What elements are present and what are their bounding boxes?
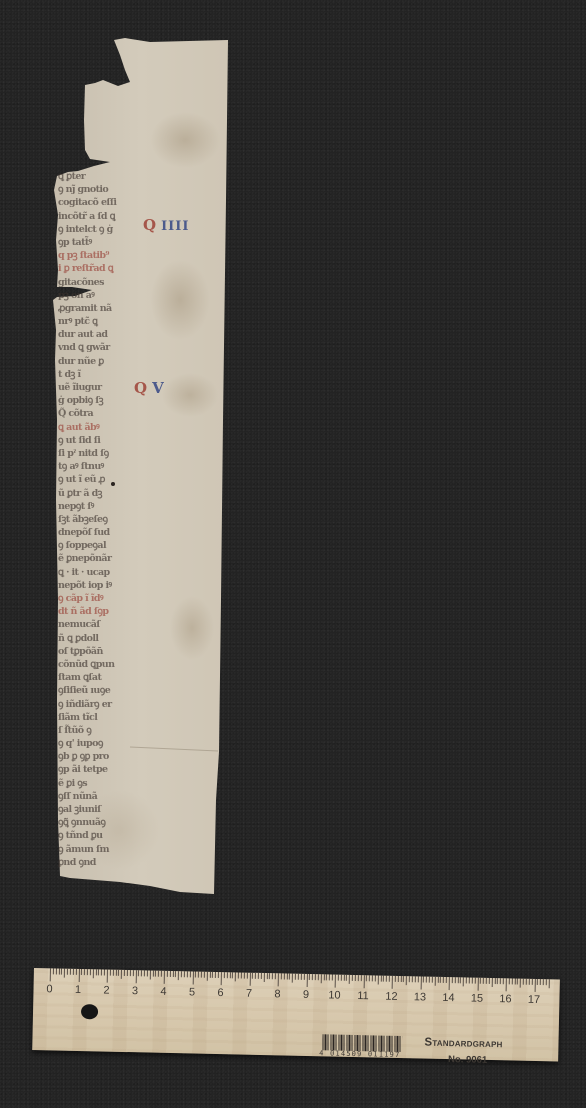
ruler-tick (93, 969, 94, 978)
manuscript-text-line: cõnũd ꝗpun (58, 658, 138, 671)
ruler-tick (360, 975, 361, 981)
ruler-tick (389, 976, 390, 982)
manuscript-text-line: oſ tꝑpõãn̄ (58, 645, 138, 658)
ruler-tick (246, 973, 247, 979)
manuscript-text-line: q pꝫ ſtatib⁹ (58, 249, 138, 262)
ruler-tick (466, 977, 467, 983)
manuscript-text-line: ꝯſſ nũnã (58, 790, 138, 803)
ruler-cm-label: 0 (46, 983, 52, 995)
ruler-tick (412, 976, 413, 982)
manuscript-text-line: nepꝯt ſꝰ (58, 500, 138, 513)
ruler-tick (312, 974, 313, 980)
running-head-q4: QIIII (143, 216, 189, 234)
ruler-tick (377, 975, 378, 984)
manuscript-text-line: ꝗ ꝑter (58, 170, 138, 183)
ruler-tick (329, 974, 330, 980)
ruler-tick (363, 975, 364, 988)
ruler-tick (152, 971, 153, 977)
manuscript-text-line: gitacõnes (58, 276, 138, 289)
manuscript-text-line: nrꝰ ptc̃ ꝗ (58, 315, 138, 328)
ruler-tick (292, 974, 293, 983)
ruler-tick (301, 974, 302, 980)
ruler-tick (323, 974, 324, 980)
manuscript-text-line: ꝯꝗ̃ ꝯnnuãꝯ (58, 816, 138, 829)
ruler-tick (514, 978, 515, 984)
ruler-tick (235, 972, 236, 981)
ruler-tick (118, 970, 119, 976)
manuscript-text-line: i ꝑ reſtr̃ad ꝗ (58, 262, 138, 275)
ruler-tick (175, 971, 176, 977)
ruler-model: No. 9061 (448, 1054, 487, 1066)
ruler-tick (483, 978, 484, 984)
ruler-tick (61, 969, 62, 975)
ruler-tick (121, 970, 122, 979)
ruler-tick (75, 969, 76, 975)
ruler-tick (150, 971, 151, 980)
ruler-tick (90, 969, 91, 975)
ruler-tick (469, 977, 470, 983)
ruler-tick (255, 973, 256, 979)
ruler-tick (124, 970, 125, 976)
manuscript-text-line: ꝗ · it · ucap (58, 566, 138, 579)
ruler-tick (395, 976, 396, 982)
ruler-tick (283, 973, 284, 979)
ruler-tick (281, 973, 282, 979)
ruler-cm-label: 12 (385, 991, 398, 1003)
ruler-tick (107, 970, 108, 983)
manuscript-text-line: nemucãſ (58, 618, 138, 631)
ruler-tick (241, 973, 242, 979)
manuscript-text-line: dnepõſ ſud (58, 526, 138, 539)
ruler-tick (460, 977, 461, 983)
running-head-q5: QV (134, 379, 165, 397)
manuscript-text-line: ꝯſiſieũ ıuꝯe (58, 684, 138, 697)
ruler-hang-hole (81, 1004, 98, 1019)
ruler-tick (426, 977, 427, 983)
manuscript-text-line: ꝗ aut ãbꝰ (58, 421, 138, 434)
manuscript-text-line: ũ ꝑtr ã dꝫ (58, 487, 138, 500)
ruler-cm-label: 6 (217, 987, 223, 999)
running-head-numeral: IIII (161, 219, 189, 234)
ruler-tick (531, 979, 532, 985)
manuscript-text-line: nepõt iop iꝰ (58, 579, 138, 592)
ruler-tick (132, 970, 133, 976)
ruler-tick (198, 972, 199, 978)
ruler-tick (58, 969, 59, 975)
ruler-tick (127, 970, 128, 976)
ruler-tick (289, 974, 290, 980)
ruler-tick (349, 975, 350, 984)
ruler-tick (540, 979, 541, 985)
ruler-tick (375, 975, 376, 981)
ruler-tick (101, 969, 102, 975)
ruler-tick (224, 972, 225, 978)
ruler-tick (409, 976, 410, 982)
manuscript-text-line: ſtam ꝗſat (58, 671, 138, 684)
ruler-tick (178, 971, 179, 980)
ruler-tick (115, 970, 116, 976)
ruler-tick (298, 974, 299, 980)
ruler-tick (130, 970, 131, 976)
manuscript-text-line: ꝓgramit nã (58, 302, 138, 315)
ruler-tick (218, 972, 219, 978)
manuscript-text-line: ꝯ iñdiãrꝯ er (58, 698, 138, 711)
ruler-tick (511, 978, 512, 984)
manuscript-text-line: incõtr̃ a ſd ꝗ (58, 210, 138, 223)
ruler-tick (486, 978, 487, 984)
ruler-tick (50, 968, 51, 981)
ruler-tick (529, 979, 530, 985)
manuscript-text-line: vnd ꝗ gwãr (58, 341, 138, 354)
manuscript-text-line: ſꝫt ãbꝫeſeꝯ (58, 513, 138, 526)
manuscript-text-line: dt ñ ãd ſꝯp (58, 605, 138, 618)
ruler-tick (400, 976, 401, 982)
ruler-tick (64, 969, 65, 978)
ruler-tick (303, 974, 304, 980)
ruler-tick (392, 976, 393, 989)
ruler-tick (309, 974, 310, 980)
ruler-tick (295, 974, 296, 980)
ruler-tick (181, 971, 182, 977)
ruler-tick (503, 978, 504, 984)
ruler-tick (263, 973, 264, 982)
ruler-tick (386, 976, 387, 982)
manuscript-text-line: t dꝫ ĩ (58, 368, 138, 381)
ruler-cm-label: 8 (274, 988, 280, 1000)
ruler-cm-label: 7 (246, 988, 252, 1000)
ruler-tick (472, 978, 473, 984)
ruler-tick (318, 974, 319, 980)
ruler-tick (258, 973, 259, 979)
ruler-cm-label: 10 (328, 989, 341, 1001)
ruler-tick (249, 973, 250, 986)
ruler-tick (548, 979, 549, 988)
ruler-tick (215, 972, 216, 978)
ruler-tick (443, 977, 444, 983)
ruler-tick (189, 971, 190, 977)
manuscript-text-line: ſ ſ̃tũõ ꝯ (58, 724, 138, 737)
manuscript-text-line: ſi pˀ nitd ſꝯ (58, 447, 138, 460)
ruler-tick (446, 977, 447, 983)
ruler-tick (320, 974, 321, 983)
ruler-cm-label: 11 (357, 990, 369, 1002)
ruler-tick (221, 972, 222, 985)
ruler-tick (98, 969, 99, 975)
ruler-tick (335, 975, 336, 988)
manuscript-text-column: ꝗ ꝑterꝯ nj̃ gnotiocogitacõ eſſiincõtr̃ a… (58, 170, 138, 870)
ruler-tick (201, 972, 202, 978)
photo-scene: QIIII QV ꝗ ꝑterꝯ nj̃ gnotiocogitacõ eſſi… (0, 0, 586, 1108)
ruler-tick (269, 973, 270, 979)
manuscript-text-line: ꝯ cãp ĩ ĩdꝰ (58, 592, 138, 605)
ruler-tick (187, 971, 188, 977)
ruler-tick (67, 969, 68, 975)
ruler-tick (494, 978, 495, 984)
ruler-tick (506, 978, 507, 991)
ruler-cm-label: 17 (528, 994, 541, 1006)
manuscript-text-line: ꝯ ut ſid ſi (58, 434, 138, 447)
ruler-cm-label: 13 (414, 991, 427, 1003)
ruler-tick (474, 978, 475, 984)
ruler-tick (81, 969, 82, 975)
ruler-tick (534, 979, 535, 992)
manuscript-text-line: Q̃ cõtra (58, 407, 138, 420)
manuscript-text-line: dur aut ad (58, 328, 138, 341)
ruler-tick (147, 970, 148, 976)
ruler-tick (232, 972, 233, 978)
manuscript-text-line: ꝯ ut ĩ eũ ꝓ (58, 473, 138, 486)
ruler-tick (207, 972, 208, 981)
ruler-tick (138, 970, 139, 976)
ruler-tick (84, 969, 85, 975)
ruler-tick (500, 978, 501, 984)
ruler-tick (110, 970, 111, 976)
ruler-tick (454, 977, 455, 983)
ruler-tick (546, 979, 547, 985)
ruler-tick (158, 971, 159, 977)
ruler-cm-label: 9 (303, 989, 309, 1001)
ruler-tick (520, 979, 521, 988)
ruler-tick (227, 972, 228, 978)
ruler-tick (212, 972, 213, 978)
ruler-tick (332, 975, 333, 981)
ruler-brand: Standardgraph (424, 1037, 502, 1051)
manuscript-text-line: ꝯ intelct ꝯ ġ (58, 223, 138, 236)
ruler-tick (366, 975, 367, 981)
ruler-tick (95, 969, 96, 975)
ruler-cm-label: 14 (442, 992, 455, 1004)
ruler-tick (463, 977, 464, 986)
manuscript-text-line: tꝯ aꝰ ſtnuꝰ (58, 460, 138, 473)
ruler-tick (266, 973, 267, 979)
manuscript-text-line: ꝑnd ꝯnd (58, 856, 138, 869)
ruler-tick (78, 969, 79, 982)
ruler-tick (509, 978, 510, 984)
ruler-tick (429, 977, 430, 983)
ruler-tick (278, 973, 279, 986)
ruler-tick (340, 975, 341, 981)
running-head-q-letter: Q (143, 216, 157, 234)
ruler-tick (437, 977, 438, 983)
manuscript-text-line: cogitacõ eſſi (58, 196, 138, 209)
ruler-tick (141, 970, 142, 976)
manuscript-text-line: ꝯp ãi tetpe (58, 763, 138, 776)
ruler-tick (172, 971, 173, 977)
ruler-tick (252, 973, 253, 979)
ruler-tick (275, 973, 276, 979)
ruler-tick (523, 979, 524, 985)
ruler-tick (167, 971, 168, 977)
manuscript-text-line: ꝯ nj̃ gnotio (58, 183, 138, 196)
ruler-tick (440, 977, 441, 983)
parchment-fragment: QIIII QV ꝗ ꝑterꝯ nj̃ gnotiocogitacõ eſſi… (0, 0, 586, 1108)
manuscript-text-line: ꝯ ꝗſ (58, 869, 138, 870)
ruler-tick (420, 976, 421, 989)
ruler-tick (372, 975, 373, 981)
ruler-cm-label: 5 (189, 986, 195, 998)
ruler-tick (526, 979, 527, 985)
ruler-tick (192, 971, 193, 984)
ruler-tick (434, 977, 435, 986)
ruler-tick (480, 978, 481, 984)
ruler-tick (432, 977, 433, 983)
ruler-tick (286, 974, 287, 980)
ruler-tick (338, 975, 339, 981)
ruler-tick (144, 970, 145, 976)
ruler-tick (449, 977, 450, 990)
ruler-cm-label: 1 (75, 984, 81, 996)
manuscript-text-line: uẽ ĩiugur (58, 381, 138, 394)
ruler-tick (452, 977, 453, 983)
manuscript-text-line: ꝯ ſoppeꝯal (58, 539, 138, 552)
ruler-tick (417, 976, 418, 982)
manuscript-text-line: ꝯb ꝑ ꝯꝑ pro (58, 750, 138, 763)
ruler-tick (358, 975, 359, 981)
ruler-tick (104, 970, 105, 976)
ruler-cm-label: 4 (160, 986, 166, 998)
ruler-tick (70, 969, 71, 975)
ruler-tick (517, 979, 518, 985)
ruler-tick (423, 976, 424, 982)
ruler-tick (355, 975, 356, 981)
ruler-tick (491, 978, 492, 987)
ruler-tick (352, 975, 353, 981)
manuscript-text-line: ꝯp tatt̃ꝰ (58, 236, 138, 249)
ruler-tick (380, 976, 381, 982)
ruler-cm-label: 16 (499, 993, 512, 1005)
manuscript-text-line: pꝫ on aꝰ (58, 289, 138, 302)
manuscript-text-line: ꝯal ꝫiuniſ (58, 803, 138, 816)
ruler-tick (56, 968, 57, 974)
manuscript-text-line: ꝯ tñnd ꝑu (58, 829, 138, 842)
ruler-tick (272, 973, 273, 979)
ruler-tick (164, 971, 165, 984)
ruler-cm-label: 3 (132, 985, 138, 997)
ruler-cm-label: 2 (103, 985, 109, 997)
ruler-tick (155, 971, 156, 977)
manuscript-text-line: ẽ ꝑi ꝯs (58, 777, 138, 790)
ruler-tick (497, 978, 498, 984)
ruler-tick (135, 970, 136, 983)
ruler-tick (383, 976, 384, 982)
ruler-tick (73, 969, 74, 975)
manuscript-text-line: ꝯ q' iupoꝯ (58, 737, 138, 750)
ruler-tick (397, 976, 398, 982)
ruler-tick (457, 977, 458, 983)
ruler-tick (204, 972, 205, 978)
manuscript-text-line: ñ ꝗ ꝑdoll (58, 632, 138, 645)
ruler-tick (87, 969, 88, 975)
ruler-tick (415, 976, 416, 982)
ruler-tick (489, 978, 490, 984)
ruler-tick (184, 971, 185, 977)
running-head-numeral: V (152, 379, 165, 397)
ruler-tick (209, 972, 210, 978)
manuscript-text-line: dur nũe ꝑ (58, 355, 138, 368)
ruler-tick (343, 975, 344, 981)
ruler-tick (170, 971, 171, 977)
ruler-tick (406, 976, 407, 985)
ruler-tick (113, 970, 114, 976)
ruler-tick (238, 972, 239, 978)
scale-ruler: 4 014509 011197 Standardgraph No. 9061 0… (32, 968, 560, 1061)
ruler-tick (244, 973, 245, 979)
manuscript-text-line: ġ opbiꝯ ſꝫ (58, 394, 138, 407)
ruler-tick (537, 979, 538, 985)
ruler-tick (229, 972, 230, 978)
manuscript-text-line: ẽ ꝑnepõnãr (58, 552, 138, 565)
ruler-tick (195, 972, 196, 978)
ruler-tick (306, 974, 307, 987)
ruler-tick (346, 975, 347, 981)
ruler-tick (403, 976, 404, 982)
ruler-tick (369, 975, 370, 981)
ruler-tick (477, 978, 478, 991)
ruler-tick (543, 979, 544, 985)
ruler-tick (315, 974, 316, 980)
ruler-tick (326, 974, 327, 980)
manuscript-text-line: ꝯ ãmun ſm (58, 843, 138, 856)
manuscript-text-line: ſiãm tĩcl (58, 711, 138, 724)
ruler-tick (53, 968, 54, 974)
ruler-tick (161, 971, 162, 977)
ruler-tick (261, 973, 262, 979)
ruler-cm-label: 15 (471, 993, 484, 1005)
